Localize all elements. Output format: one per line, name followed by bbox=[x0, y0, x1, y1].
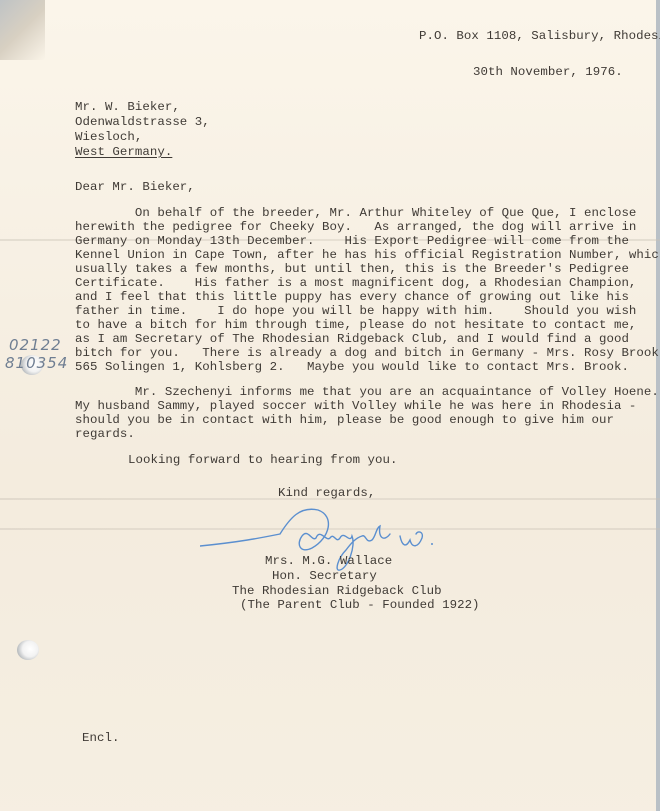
handwritten-number-2: 810354 bbox=[5, 354, 68, 373]
paragraph-line: regards. bbox=[75, 427, 135, 442]
signatory-organization: The Rhodesian Ridgeback Club bbox=[232, 584, 442, 599]
paragraph-line: bitch for you. There is already a dog an… bbox=[75, 346, 660, 361]
paragraph-line: Certificate. His father is a most magnif… bbox=[75, 276, 636, 291]
paragraph-line: Kennel Union in Cape Town, after he has … bbox=[75, 248, 660, 263]
paragraph-line: Germany on Monday 13th December. His Exp… bbox=[75, 234, 629, 249]
paragraph-line: father in time. I do hope you will be ha… bbox=[75, 304, 636, 319]
paragraph-line: to have a bitch for him through time, pl… bbox=[75, 318, 636, 333]
paragraph-line: On behalf of the breeder, Mr. Arthur Whi… bbox=[75, 206, 636, 221]
recipient-country: West Germany. bbox=[75, 145, 172, 160]
paragraph-line: herewith the pedigree for Cheeky Boy. As… bbox=[75, 220, 636, 235]
handwritten-number-1: 02122 bbox=[9, 336, 62, 355]
punch-hole bbox=[17, 640, 39, 660]
signatory-name: Mrs. M.G. Wallace bbox=[265, 554, 392, 569]
salutation: Dear Mr. Bieker, bbox=[75, 180, 195, 195]
page-edge bbox=[656, 0, 660, 811]
folded-corner bbox=[0, 0, 45, 60]
letter-page: P.O. Box 1108, Salisbury, Rhodesia. 30th… bbox=[0, 0, 660, 811]
signatory-note: (The Parent Club - Founded 1922) bbox=[240, 598, 480, 613]
recipient-name: Mr. W. Bieker, bbox=[75, 100, 180, 115]
paragraph-line: and I feel that this little puppy has ev… bbox=[75, 290, 629, 305]
enclosure-note: Encl. bbox=[82, 731, 119, 746]
sender-address: P.O. Box 1108, Salisbury, Rhodesia. bbox=[419, 29, 660, 44]
paragraph-line: usually takes a few months, but until th… bbox=[75, 262, 629, 277]
paragraph-line: Mr. Szechenyi informs me that you are an… bbox=[75, 385, 659, 400]
paragraph-line: as I am Secretary of The Rhodesian Ridge… bbox=[75, 332, 629, 347]
paragraph-line: should you be in contact with him, pleas… bbox=[75, 413, 614, 428]
recipient-city: Wiesloch, bbox=[75, 130, 142, 145]
closing-line: Looking forward to hearing from you. bbox=[128, 453, 397, 468]
paragraph-line: My husband Sammy, played soccer with Vol… bbox=[75, 399, 636, 414]
paragraph-line: 565 Solingen 1, Kohlsberg 2. Maybe you w… bbox=[75, 360, 629, 375]
recipient-street: Odenwaldstrasse 3, bbox=[75, 115, 210, 130]
signatory-title: Hon. Secretary bbox=[272, 569, 377, 584]
letter-date: 30th November, 1976. bbox=[473, 65, 623, 80]
